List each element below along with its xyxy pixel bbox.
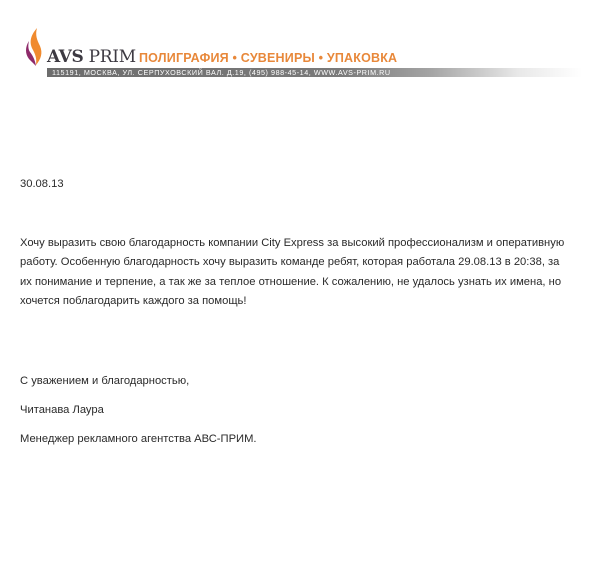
signature-name: Читанава Лаура — [20, 404, 104, 416]
letter-body-line: работу. Особенную благодарность хочу выр… — [20, 253, 585, 272]
company-address: 115191, МОСКВА, УЛ. СЕРПУХОВСКИЙ ВАЛ. Д.… — [52, 68, 391, 77]
signature-title: Менеджер рекламного агентства АВС-ПРИМ. — [20, 433, 257, 445]
brand-name-regular: PRIM — [84, 47, 136, 67]
brand-tagline: ПОЛИГРАФИЯ • СУВЕНИРЫ • УПАКОВКА — [139, 50, 397, 66]
letter-body-line: хочется поблагодарить каждого за помощь! — [20, 292, 585, 311]
brand-name: AVS PRIM — [47, 47, 136, 67]
letterhead: AVS PRIM ПОЛИГРАФИЯ • СУВЕНИРЫ • УПАКОВК… — [0, 0, 589, 90]
letter-body: Хочу выразить свою благодарность компани… — [20, 234, 585, 311]
letter-closing: С уважением и благодарностью, — [20, 375, 189, 387]
letter-body-line: Хочу выразить свою благодарность компани… — [20, 234, 585, 253]
letter-body-line: их понимание и терпение, а так же за теп… — [20, 273, 585, 292]
flame-icon — [24, 27, 46, 67]
letter-date: 30.08.13 — [20, 178, 64, 190]
brand-name-bold: AVS — [47, 47, 84, 67]
address-bar: 115191, МОСКВА, УЛ. СЕРПУХОВСКИЙ ВАЛ. Д.… — [47, 68, 582, 77]
